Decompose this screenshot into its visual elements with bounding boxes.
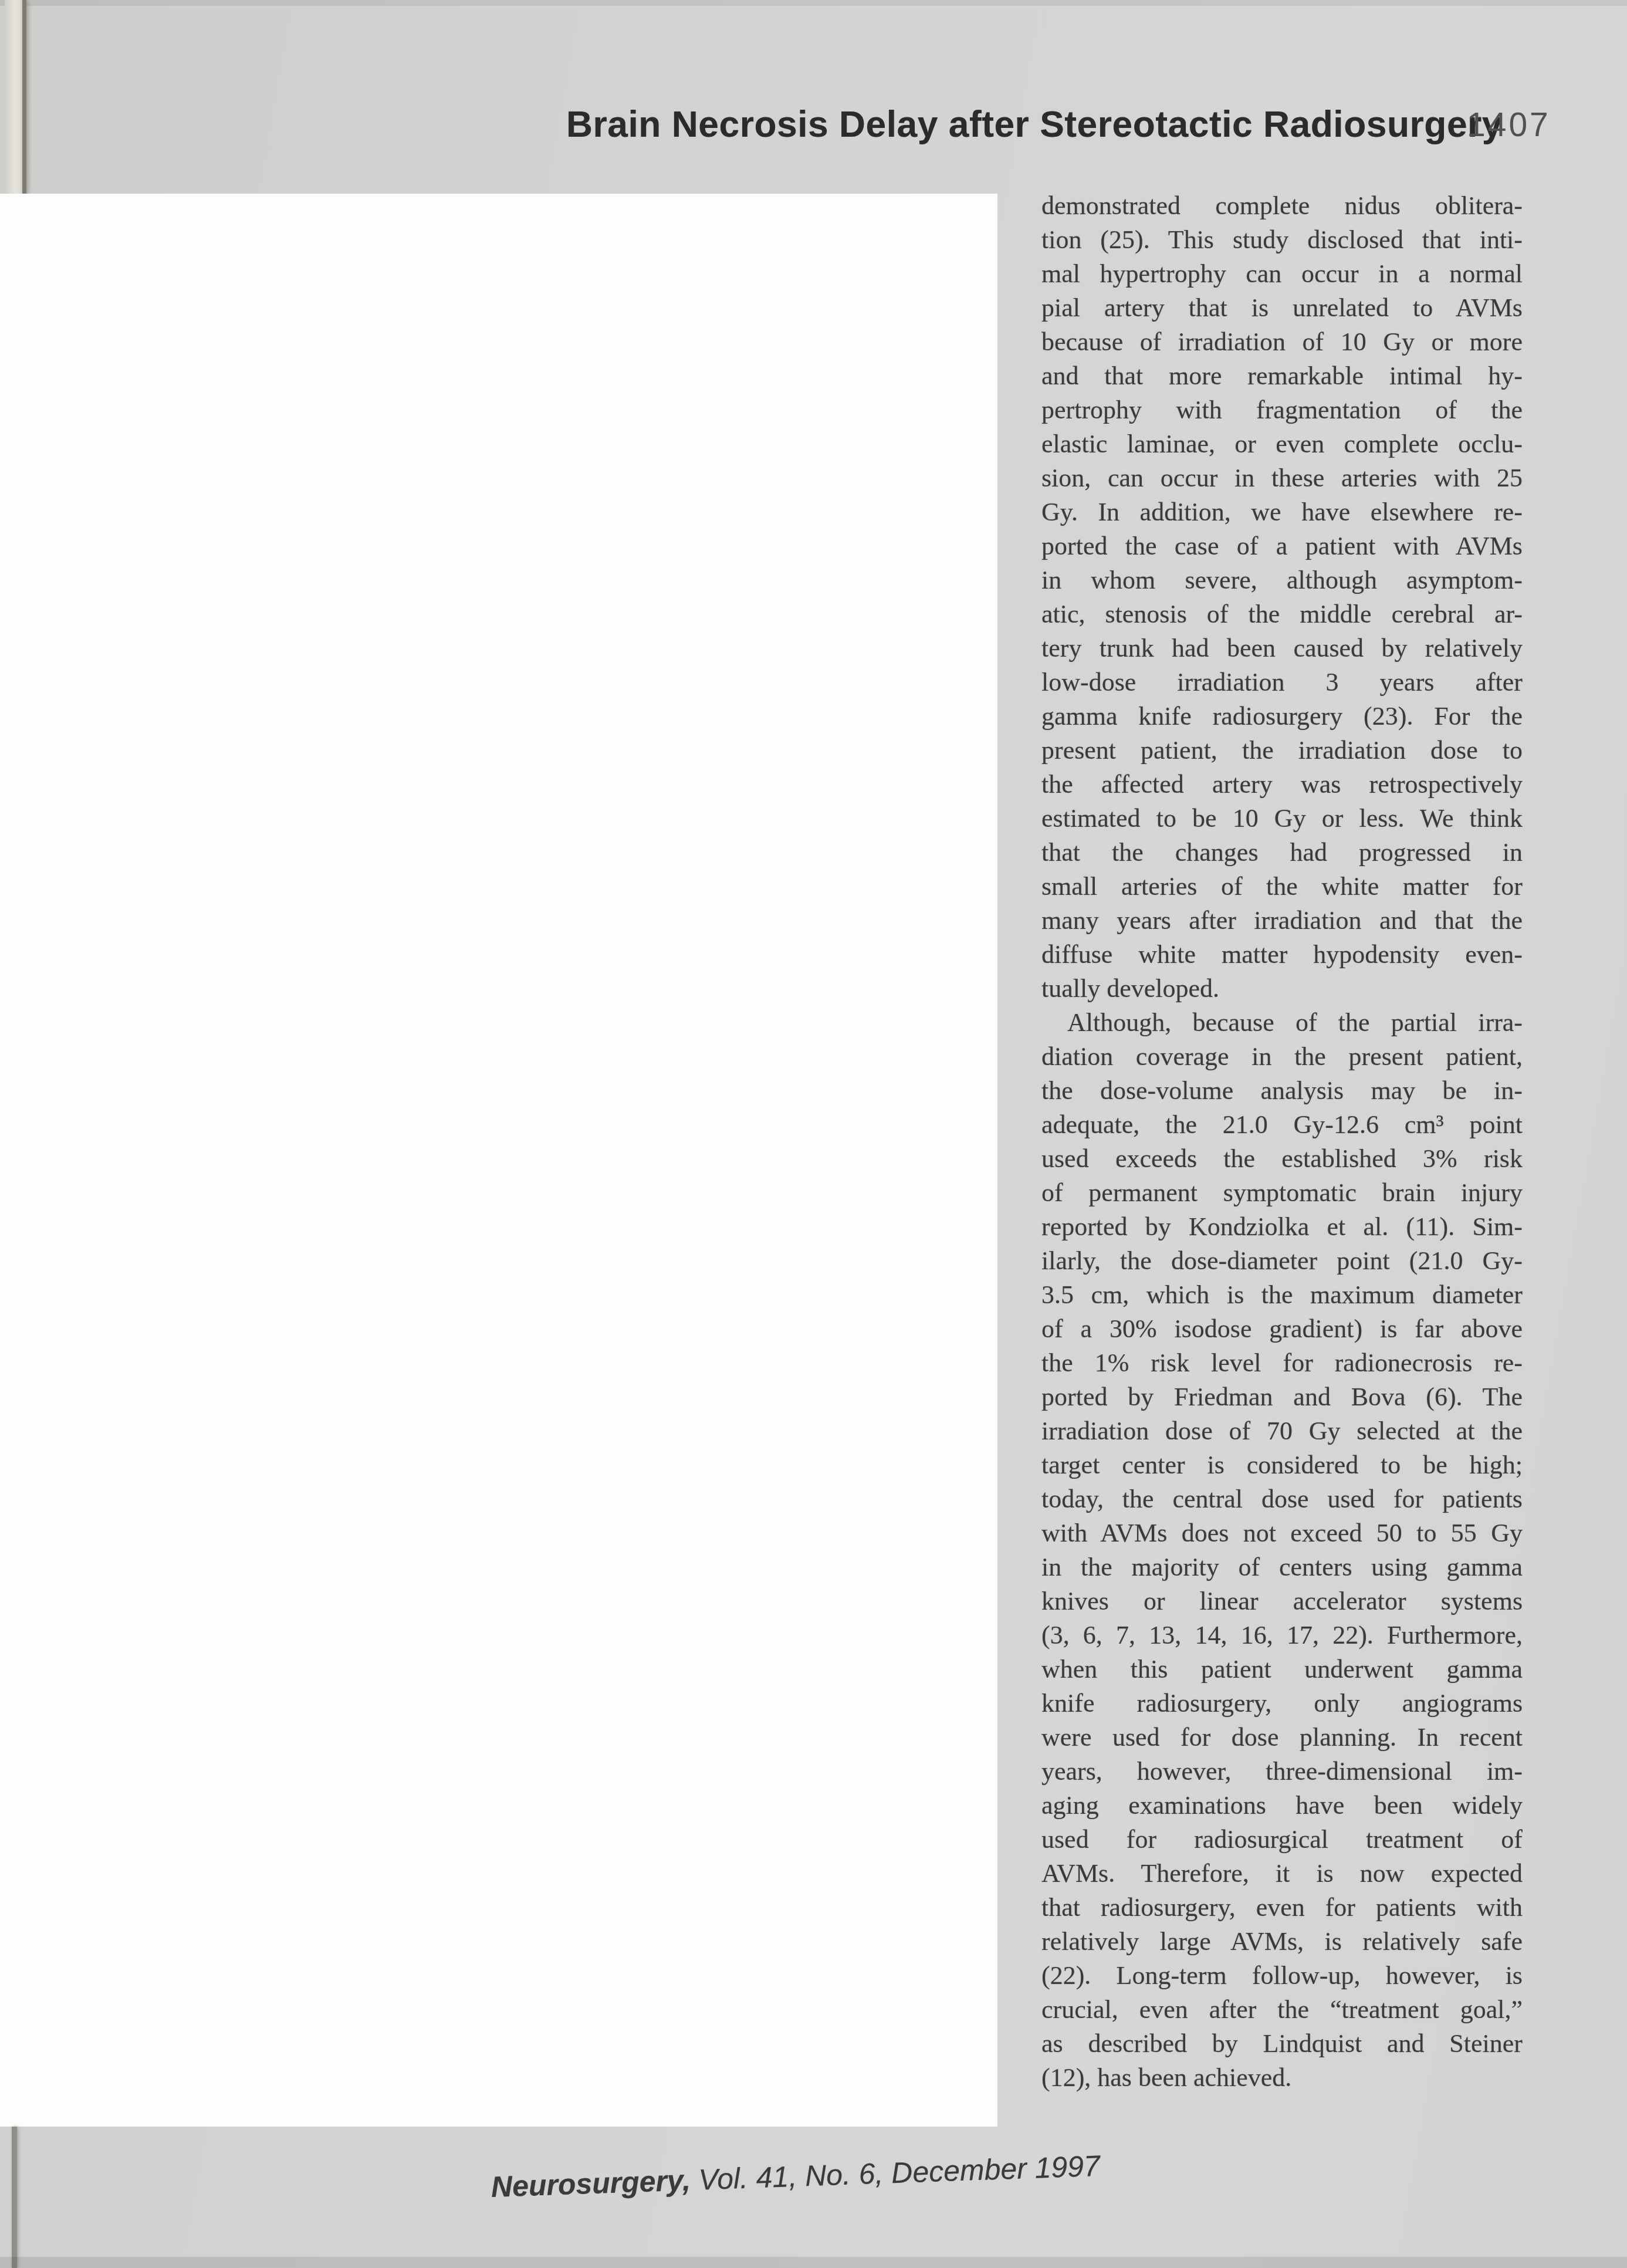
text-line: small arteries of the white matter for — [1041, 870, 1523, 904]
text-line: gamma knife radiosurgery (23). For the — [1041, 699, 1523, 734]
text-line: Gy. In addition, we have elsewhere re- — [1041, 495, 1523, 529]
text-line: because of irradiation of 10 Gy or more — [1041, 325, 1523, 359]
text-line: of permanent symptomatic brain injury — [1041, 1176, 1523, 1210]
text-line: years, however, three-dimensional im- — [1041, 1755, 1523, 1789]
text-line: knife radiosurgery, only angiograms — [1041, 1686, 1523, 1721]
running-head: Brain Necrosis Delay after Stereotactic … — [566, 103, 1540, 144]
text-line: the 1% risk level for radionecrosis re- — [1041, 1346, 1523, 1380]
text-line: used exceeds the established 3% risk — [1041, 1142, 1523, 1176]
page-number: 1407 — [1467, 106, 1551, 144]
text-line: the affected artery was retrospectively — [1041, 768, 1523, 802]
text-line: elastic laminae, or even complete occlu- — [1041, 427, 1523, 461]
text-line: diffuse white matter hypodensity even- — [1041, 938, 1523, 972]
text-line: adequate, the 21.0 Gy-12.6 cm³ point — [1041, 1108, 1523, 1142]
text-line: estimated to be 10 Gy or less. We think — [1041, 802, 1523, 836]
blank-figure-area — [0, 194, 997, 2127]
text-line: mal hypertrophy can occur in a normal — [1041, 257, 1523, 291]
article-text-column: demonstrated complete nidus oblitera-tio… — [1041, 189, 1523, 2114]
text-line: diation coverage in the present patient, — [1041, 1040, 1523, 1074]
text-line: and that more remarkable intimal hy- — [1041, 359, 1523, 393]
text-line: of a 30% isodose gradient) is far above — [1041, 1312, 1523, 1346]
text-line: atic, stenosis of the middle cerebral ar… — [1041, 597, 1523, 631]
text-line: that radiosurgery, even for patients wit… — [1041, 1891, 1523, 1925]
scan-bottom-edge — [0, 2257, 1627, 2268]
text-line: tually developed. — [1041, 972, 1523, 1006]
journal-name: Neurosurgery, — [491, 2164, 691, 2203]
text-line: present patient, the irradiation dose to — [1041, 734, 1523, 768]
text-line: aging examinations have been widely — [1041, 1789, 1523, 1823]
text-line: Although, because of the partial irra- — [1041, 1006, 1523, 1040]
text-line: ilarly, the dose-diameter point (21.0 Gy… — [1041, 1244, 1523, 1278]
text-line: in the majority of centers using gamma — [1041, 1550, 1523, 1584]
text-line: ported by Friedman and Bova (6). The — [1041, 1380, 1523, 1414]
text-line: 3.5 cm, which is the maximum diameter — [1041, 1278, 1523, 1312]
text-line: (22). Long-term follow-up, however, is — [1041, 1959, 1523, 1993]
scanned-page: Brain Necrosis Delay after Stereotactic … — [0, 0, 1627, 2268]
text-line: low-dose irradiation 3 years after — [1041, 665, 1523, 699]
text-line: tery trunk had been caused by relatively — [1041, 631, 1523, 665]
page-title: Brain Necrosis Delay after Stereotactic … — [566, 103, 1503, 146]
text-line: pial artery that is unrelated to AVMs — [1041, 291, 1523, 325]
text-line: were used for dose planning. In recent — [1041, 1721, 1523, 1755]
text-line: used for radiosurgical treatment of — [1041, 1823, 1523, 1857]
text-line: AVMs. Therefore, it is now expected — [1041, 1857, 1523, 1891]
gutter-line-top — [22, 0, 26, 195]
text-line: with AVMs does not exceed 50 to 55 Gy — [1041, 1516, 1523, 1550]
text-line: the dose-volume analysis may be in- — [1041, 1074, 1523, 1108]
text-line: tion (25). This study disclosed that int… — [1041, 223, 1523, 257]
text-line: when this patient underwent gamma — [1041, 1652, 1523, 1686]
text-line: that the changes had progressed in — [1041, 836, 1523, 870]
text-line: (3, 6, 7, 13, 14, 16, 17, 22). Furthermo… — [1041, 1618, 1523, 1652]
page-gutter-shadow — [5, 0, 22, 195]
text-line: knives or linear accelerator systems — [1041, 1584, 1523, 1618]
text-line: (12), has been achieved. — [1041, 2061, 1523, 2095]
text-line: pertrophy with fragmentation of the — [1041, 393, 1523, 427]
text-line: many years after irradiation and that th… — [1041, 904, 1523, 938]
text-line: demonstrated complete nidus oblitera- — [1041, 189, 1523, 223]
text-line: irradiation dose of 70 Gy selected at th… — [1041, 1414, 1523, 1448]
text-line: ported the case of a patient with AVMs — [1041, 529, 1523, 563]
text-line: today, the central dose used for patient… — [1041, 1482, 1523, 1516]
text-line: sion, can occur in these arteries with 2… — [1041, 461, 1523, 495]
text-line: crucial, even after the “treatment goal,… — [1041, 1993, 1523, 2027]
gutter-line-bottom — [12, 2127, 17, 2268]
text-line: as described by Lindquist and Steiner — [1041, 2027, 1523, 2061]
text-line: in whom severe, although asymptom- — [1041, 563, 1523, 597]
journal-footer: Neurosurgery, Vol. 41, No. 6, December 1… — [491, 2149, 1101, 2204]
text-line: relatively large AVMs, is relatively saf… — [1041, 1925, 1523, 1959]
text-line: reported by Kondziolka et al. (11). Sim- — [1041, 1210, 1523, 1244]
journal-citation: Vol. 41, No. 6, December 1997 — [690, 2149, 1101, 2196]
text-line: target center is considered to be high; — [1041, 1448, 1523, 1482]
